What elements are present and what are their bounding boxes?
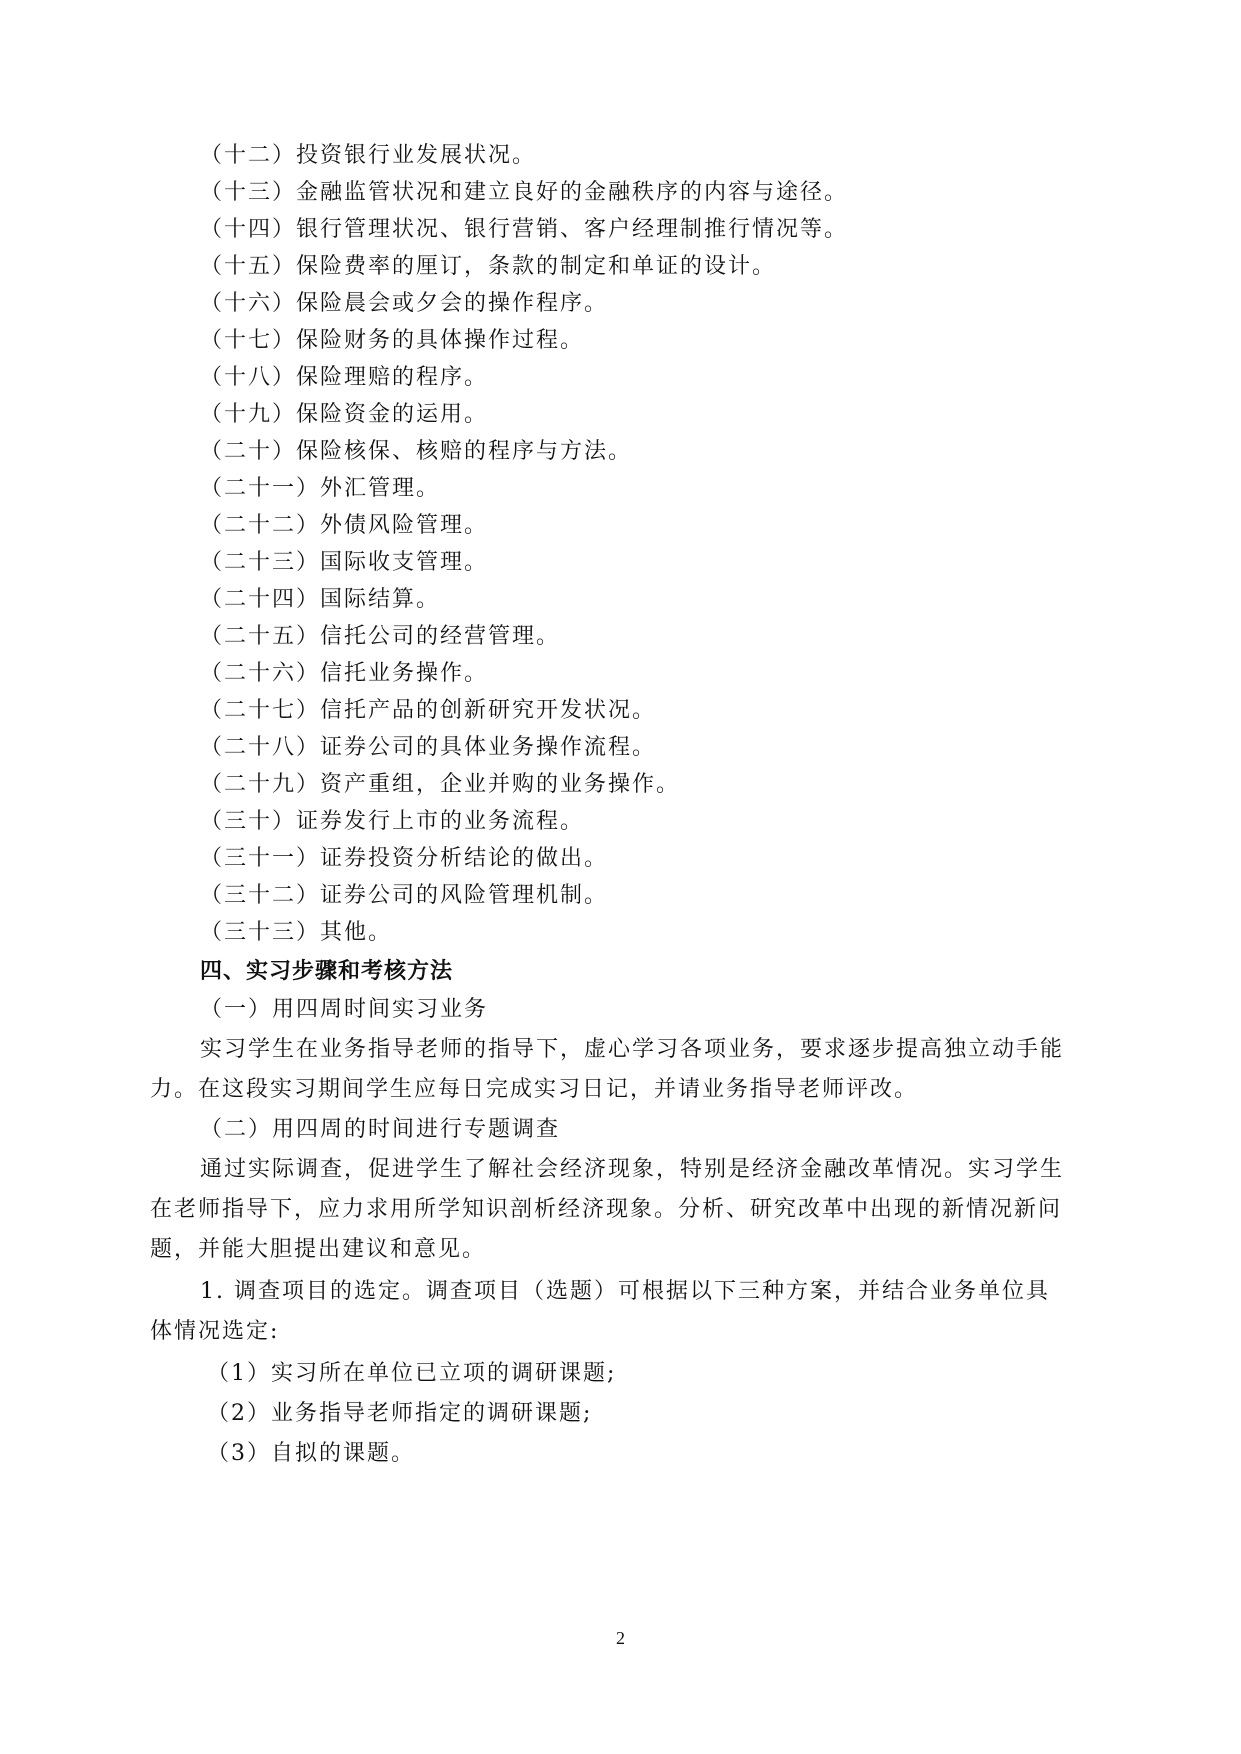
list-marker: （三十三）: [200, 920, 320, 945]
list-text: 保险财务的具体操作过程。: [296, 328, 584, 353]
paragraph-line: 在老师指导下，应力求用所学知识剖析经济现象。分析、研究改革中出现的新情况新问: [150, 1195, 1062, 1225]
list-text: 信托业务操作。: [320, 661, 488, 686]
subsection-title: （一）用四周时间实习业务: [200, 995, 488, 1025]
list-text: 保险费率的厘订，条款的制定和单证的设计。: [296, 254, 776, 279]
list-item: （三十二）证券公司的风险管理机制。: [200, 881, 608, 911]
paragraph-line: 力。在这段实习期间学生应每日完成实习日记，并请业务指导老师评改。: [150, 1075, 918, 1105]
list-marker: （十八）: [200, 365, 296, 390]
list-text: 证券公司的风险管理机制。: [320, 883, 608, 908]
list-item: （二十九）资产重组，企业并购的业务操作。: [200, 770, 680, 800]
list-text: 投资银行业发展状况。: [296, 143, 536, 168]
list-marker: （三十一）: [200, 846, 320, 871]
list-marker: （二十七）: [200, 698, 320, 723]
numbered-item-continuation: 体情况选定:: [150, 1317, 279, 1347]
list-marker: （二十五）: [200, 624, 320, 649]
subsection-title: （二）用四周的时间进行专题调查: [200, 1115, 560, 1145]
list-text: 国际结算。: [320, 587, 440, 612]
list-marker: （二十九）: [200, 772, 320, 797]
list-marker: （三十）: [200, 809, 296, 834]
list-marker: （二十八）: [200, 735, 320, 760]
list-item: （二十一）外汇管理。: [200, 474, 440, 504]
list-item: （二十四）国际结算。: [200, 585, 440, 615]
option-item: （2）业务指导老师指定的调研课题;: [207, 1399, 592, 1429]
list-item: （十七）保险财务的具体操作过程。: [200, 326, 584, 356]
list-text: 信托公司的经营管理。: [320, 624, 560, 649]
list-text: 金融监管状况和建立良好的金融秩序的内容与途径。: [296, 180, 848, 205]
list-text: 证券公司的具体业务操作流程。: [320, 735, 656, 760]
list-marker: （十四）: [200, 217, 296, 242]
list-item: （十三）金融监管状况和建立良好的金融秩序的内容与途径。: [200, 178, 848, 208]
list-text: 保险晨会或夕会的操作程序。: [296, 291, 608, 316]
option-item: （3）自拟的课题。: [207, 1439, 415, 1469]
list-item: （十四）银行管理状况、银行营销、客户经理制推行情况等。: [200, 215, 848, 245]
list-item: （三十三）其他。: [200, 918, 392, 948]
list-item: （十九）保险资金的运用。: [200, 400, 488, 430]
list-item: （二十）保险核保、核赔的程序与方法。: [200, 437, 632, 467]
list-item: （十八）保险理赔的程序。: [200, 363, 488, 393]
list-text: 保险核保、核赔的程序与方法。: [296, 439, 632, 464]
section-heading: 四、实习步骤和考核方法: [200, 957, 453, 987]
list-text: 证券发行上市的业务流程。: [296, 809, 584, 834]
list-item: （二十八）证券公司的具体业务操作流程。: [200, 733, 656, 763]
list-marker: （十五）: [200, 254, 296, 279]
list-marker: （十二）: [200, 143, 296, 168]
paragraph-line: 题，并能大胆提出建议和意见。: [150, 1235, 486, 1265]
paragraph-line: 实习学生在业务指导老师的指导下，虚心学习各项业务，要求逐步提高独立动手能: [200, 1035, 1064, 1065]
list-marker: （二十四）: [200, 587, 320, 612]
list-text: 其他。: [320, 920, 392, 945]
list-marker: （二十二）: [200, 513, 320, 538]
list-item: （十二）投资银行业发展状况。: [200, 141, 536, 171]
list-item: （三十）证券发行上市的业务流程。: [200, 807, 584, 837]
list-item: （二十二）外债风险管理。: [200, 511, 488, 541]
list-marker: （十七）: [200, 328, 296, 353]
numbered-item: 1. 调查项目的选定。调查项目（选题）可根据以下三种方案，并结合业务单位具: [200, 1277, 1050, 1307]
list-marker: （十三）: [200, 180, 296, 205]
list-item: （三十一）证券投资分析结论的做出。: [200, 844, 608, 874]
list-text: 国际收支管理。: [320, 550, 488, 575]
list-text: 保险资金的运用。: [296, 402, 488, 427]
list-marker: （三十二）: [200, 883, 320, 908]
list-item: （十六）保险晨会或夕会的操作程序。: [200, 289, 608, 319]
list-text: 外债风险管理。: [320, 513, 488, 538]
list-text: 资产重组，企业并购的业务操作。: [320, 772, 680, 797]
page-number: 2: [0, 1628, 1241, 1649]
list-marker: （二十一）: [200, 476, 320, 501]
list-marker: （二十）: [200, 439, 296, 464]
list-marker: （二十三）: [200, 550, 320, 575]
list-item: （二十六）信托业务操作。: [200, 659, 488, 689]
document-page: （十二）投资银行业发展状况。 （十三）金融监管状况和建立良好的金融秩序的内容与途…: [0, 0, 1241, 1754]
list-item: （二十五）信托公司的经营管理。: [200, 622, 560, 652]
list-marker: （二十六）: [200, 661, 320, 686]
list-marker: （十九）: [200, 402, 296, 427]
list-text: 外汇管理。: [320, 476, 440, 501]
option-item: （1）实习所在单位已立项的调研课题;: [207, 1359, 616, 1389]
list-text: 保险理赔的程序。: [296, 365, 488, 390]
list-text: 银行管理状况、银行营销、客户经理制推行情况等。: [296, 217, 848, 242]
list-marker: （十六）: [200, 291, 296, 316]
list-text: 信托产品的创新研究开发状况。: [320, 698, 656, 723]
list-item: （二十七）信托产品的创新研究开发状况。: [200, 696, 656, 726]
list-text: 证券投资分析结论的做出。: [320, 846, 608, 871]
list-item: （二十三）国际收支管理。: [200, 548, 488, 578]
paragraph-line: 通过实际调查，促进学生了解社会经济现象，特别是经济金融改革情况。实习学生: [200, 1155, 1064, 1185]
list-item: （十五）保险费率的厘订，条款的制定和单证的设计。: [200, 252, 776, 282]
